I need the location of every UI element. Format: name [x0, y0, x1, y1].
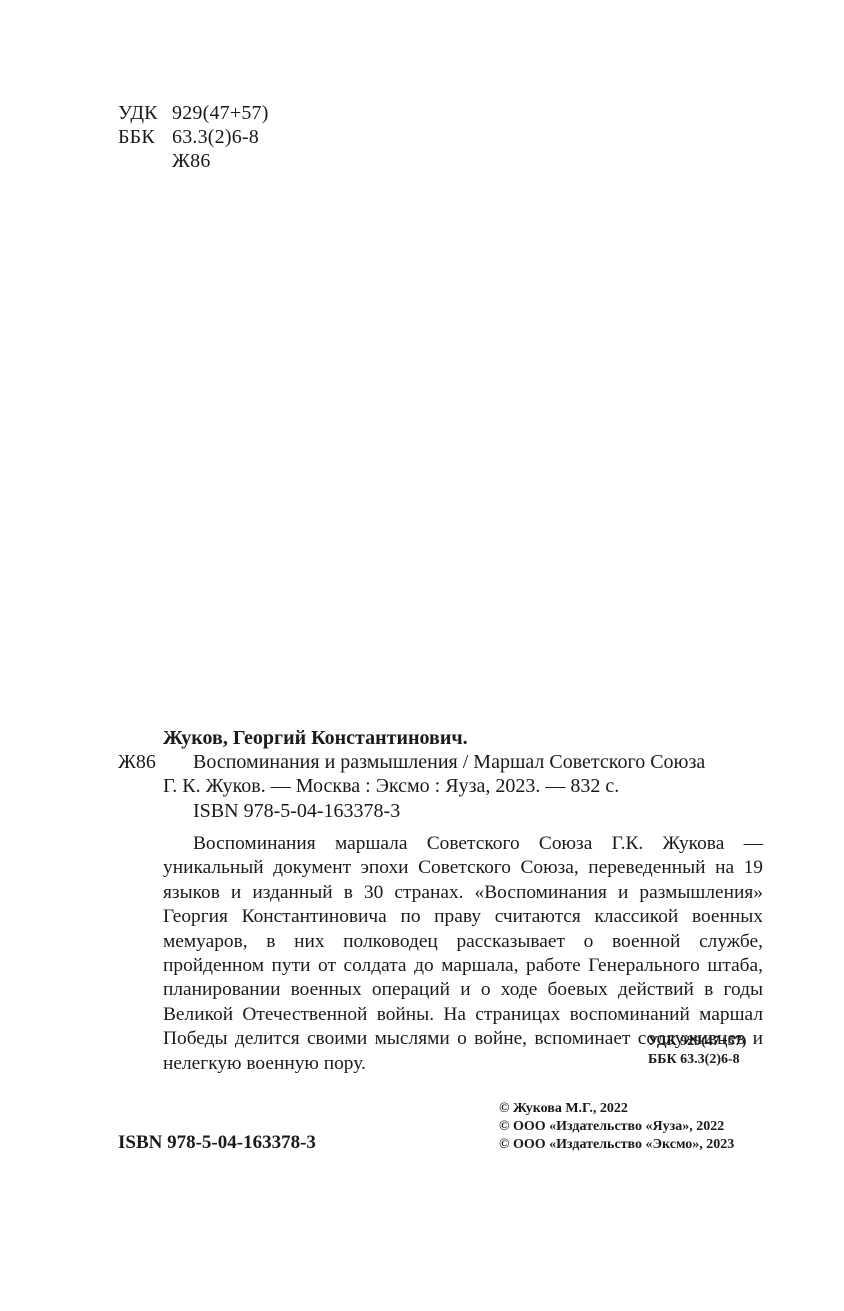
- author-sign-row: Ж86: [118, 149, 269, 173]
- author-sign: Ж86: [172, 149, 211, 173]
- udk-bottom: УДК 929(47+57): [648, 1033, 746, 1051]
- copyright-line: © ООО «Издательство «Яуза», 2022: [499, 1118, 734, 1136]
- bbk-value: 63.3(2)6-8: [172, 125, 259, 149]
- isbn-bottom: ISBN 978-5-04-163378-3: [118, 1132, 316, 1154]
- copyright-line: © ООО «Издательство «Эксмо», 2023: [499, 1136, 734, 1154]
- bbk-bottom: ББК 63.3(2)6-8: [648, 1051, 746, 1069]
- bibliographic-line-2: Г. К. Жуков. — Москва : Эксмо : Яуза, 20…: [163, 774, 619, 798]
- classification-codes-bottom: УДК 929(47+57) ББК 63.3(2)6-8: [648, 1033, 746, 1069]
- udk-row: УДК 929(47+57): [118, 101, 269, 125]
- bibliographic-line-1: Воспоминания и размышления / Маршал Сове…: [193, 750, 705, 774]
- copyright-line: © Жукова М.Г., 2022: [499, 1100, 734, 1118]
- author-name: Жуков, Георгий Константинович.: [163, 726, 468, 750]
- copyright-block: © Жукова М.Г., 2022 © ООО «Издательство …: [499, 1100, 734, 1154]
- bbk-row: ББК 63.3(2)6-8: [118, 125, 269, 149]
- udk-value: 929(47+57): [172, 101, 269, 125]
- classification-codes-top: УДК 929(47+57) ББК 63.3(2)6-8 Ж86: [118, 101, 269, 173]
- author-sign-left: Ж86: [118, 750, 156, 774]
- udk-label: УДК: [118, 101, 172, 125]
- bbk-label: ББК: [118, 125, 172, 149]
- isbn-record: ISBN 978-5-04-163378-3: [193, 799, 400, 823]
